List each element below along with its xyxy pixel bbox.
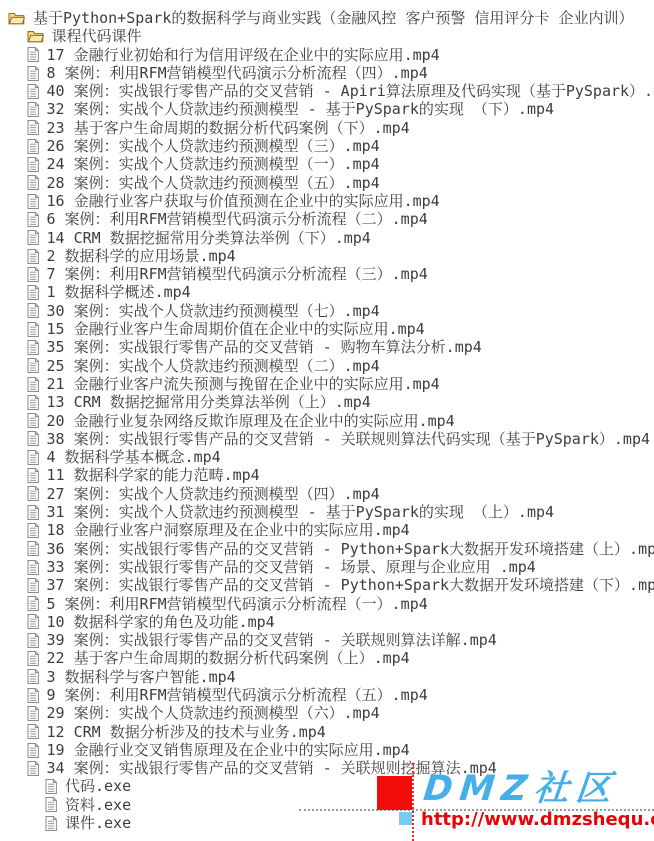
document-icon [27,706,39,721]
tree-row-folder[interactable]: 课程代码课件 [0,27,654,45]
document-icon [27,120,39,135]
tree-item-label: 36 案例：实战银行零售产品的交叉营销 - Python+Spark大数据开发环… [47,540,654,558]
tree-row-file[interactable]: 26 案例：实战个人贷款违约预测模型（三）.mp4 [0,137,654,155]
tree-item-label: 20 金融行业复杂网络反欺诈原理及在企业中的实际应用.mp4 [47,412,455,430]
tree-row-file[interactable]: 3 数据科学与客户智能.mp4 [0,668,654,686]
tree-item-label: 基于Python+Spark的数据科学与商业实践（金融风控 客户预警 信用评分卡… [33,9,633,27]
tree-row-file[interactable]: 20 金融行业复杂网络反欺诈原理及在企业中的实际应用.mp4 [0,412,654,430]
tree-item-label: 4 数据科学基本概念.mp4 [47,448,221,466]
tree-item-label: 23 基于客户生命周期的数据分析代码案例（下）.mp4 [47,119,410,137]
tree-item-label: 17 金融行业初始和行为信用评级在企业中的实际应用.mp4 [47,46,440,64]
document-icon [27,175,39,190]
tree-item-label: 7 案例：利用RFM营销模型代码演示分析流程（三）.mp4 [47,265,428,283]
document-icon [27,505,39,520]
tree-row-file[interactable]: 23 基于客户生命周期的数据分析代码案例（下）.mp4 [0,119,654,137]
tree-row-file[interactable]: 15 金融行业客户生命周期价值在企业中的实际应用.mp4 [0,320,654,338]
document-icon [27,66,39,81]
tree-item-label: 5 案例：利用RFM营销模型代码演示分析流程（一）.mp4 [47,595,428,613]
tree-item-label: 19 金融行业交叉销售原理及在企业中的实际应用.mp4 [47,741,410,759]
tree-item-label: 10 数据科学家的角色及功能.mp4 [47,613,275,631]
tree-row-file[interactable]: 5 案例：利用RFM营销模型代码演示分析流程（一）.mp4 [0,595,654,613]
document-icon [45,797,57,812]
tree-row-file[interactable]: 22 基于客户生命周期的数据分析代码案例（上）.mp4 [0,649,654,667]
document-icon [27,651,39,666]
tree-row-file[interactable]: 16 金融行业客户获取与价值预测在企业中的实际应用.mp4 [0,192,654,210]
document-icon [27,230,39,245]
tree-row-file[interactable]: 6 案例：利用RFM营销模型代码演示分析流程（二）.mp4 [0,210,654,228]
tree-row-folder[interactable]: 基于Python+Spark的数据科学与商业实践（金融风控 客户预警 信用评分卡… [0,9,654,27]
document-icon [27,212,39,227]
tree-item-label: 37 案例：实战银行零售产品的交叉营销 - Python+Spark大数据开发环… [47,576,654,594]
tree-item-label: 22 基于客户生命周期的数据分析代码案例（上）.mp4 [47,649,410,667]
document-icon [27,249,39,264]
tree-row-file[interactable]: 4 数据科学基本概念.mp4 [0,448,654,466]
tree-row-file[interactable]: 38 案例：实战银行零售产品的交叉营销 - 关联规则算法代码实现（基于PySpa… [0,430,654,448]
document-icon [27,743,39,758]
document-icon [27,413,39,428]
tree-row-file[interactable]: 10 数据科学家的角色及功能.mp4 [0,613,654,631]
tree-item-label: 21 金融行业客户流失预测与挽留在企业中的实际应用.mp4 [47,375,440,393]
tree-row-file[interactable]: 33 案例：实战银行零售产品的交叉营销 - 场景、原理与企业应用 .mp4 [0,558,654,576]
document-icon [27,102,39,117]
document-icon [27,157,39,172]
document-icon [27,468,39,483]
tree-row-file[interactable]: 31 案例：实战个人贷款违约预测模型 - 基于PySpark的实现 （上）.mp… [0,503,654,521]
folder-open-icon [8,11,25,25]
document-icon [27,285,39,300]
tree-row-file[interactable]: 19 金融行业交叉销售原理及在企业中的实际应用.mp4 [0,741,654,759]
tree-item-label: 38 案例：实战银行零售产品的交叉营销 - 关联规则算法代码实现（基于PySpa… [47,430,651,448]
watermark-brand-text: DMZ社区 [421,761,621,811]
document-icon [27,194,39,209]
document-icon [27,340,39,355]
folder-open-icon [27,29,44,43]
tree-item-label: 13 CRM 数据挖掘常用分类算法举例（上）.mp4 [47,393,371,411]
watermark-url-text: http://www.dmzshequ.com [421,809,654,830]
document-icon [45,779,57,794]
tree-row-file[interactable]: 21 金融行业客户流失预测与挽留在企业中的实际应用.mp4 [0,375,654,393]
tree-row-file[interactable]: 18 金融行业客户洞察原理及在企业中的实际应用.mp4 [0,521,654,539]
tree-item-label: 32 案例：实战个人贷款违约预测模型 - 基于PySpark的实现 （下）.mp… [47,100,555,118]
tree-item-label: 资料.exe [65,796,131,814]
tree-item-label: 35 案例：实战银行零售产品的交叉营销 - 购物车算法分析.mp4 [47,338,482,356]
document-icon [27,614,39,629]
tree-row-file[interactable]: 9 案例：利用RFM营销模型代码演示分析流程（五）.mp4 [0,686,654,704]
tree-item-label: 30 案例：实战个人贷款违约预测模型（七）.mp4 [47,302,380,320]
document-icon [27,267,39,282]
tree-row-file[interactable]: 29 案例：实战个人贷款违约预测模型（六）.mp4 [0,704,654,722]
tree-item-label: 1 数据科学概述.mp4 [47,283,191,301]
tree-row-file[interactable]: 36 案例：实战银行零售产品的交叉营销 - Python+Spark大数据开发环… [0,540,654,558]
tree-row-file[interactable]: 39 案例：实战银行零售产品的交叉营销 - 关联规则算法详解.mp4 [0,631,654,649]
tree-item-label: 9 案例：利用RFM营销模型代码演示分析流程（五）.mp4 [47,686,428,704]
tree-row-file[interactable]: 28 案例：实战个人贷款违约预测模型（五）.mp4 [0,174,654,192]
tree-row-file[interactable]: 1 数据科学概述.mp4 [0,283,654,301]
document-icon [27,761,39,776]
tree-row-file[interactable]: 25 案例：实战个人贷款违约预测模型（二）.mp4 [0,357,654,375]
tree-item-label: 14 CRM 数据挖掘常用分类算法举例（下）.mp4 [47,229,371,247]
tree-item-label: 12 CRM 数据分析涉及的技术与业务.mp4 [47,723,326,741]
tree-row-file[interactable]: 35 案例：实战银行零售产品的交叉营销 - 购物车算法分析.mp4 [0,338,654,356]
tree-row-file[interactable]: 27 案例：实战个人贷款违约预测模型（四）.mp4 [0,485,654,503]
document-icon [27,47,39,62]
tree-row-file[interactable]: 13 CRM 数据挖掘常用分类算法举例（上）.mp4 [0,393,654,411]
tree-row-file[interactable]: 14 CRM 数据挖掘常用分类算法举例（下）.mp4 [0,229,654,247]
tree-row-file[interactable]: 17 金融行业初始和行为信用评级在企业中的实际应用.mp4 [0,46,654,64]
tree-item-label: 6 案例：利用RFM营销模型代码演示分析流程（二）.mp4 [47,210,428,228]
tree-row-file[interactable]: 30 案例：实战个人贷款违约预测模型（七）.mp4 [0,302,654,320]
tree-item-label: 15 金融行业客户生命周期价值在企业中的实际应用.mp4 [47,320,425,338]
document-icon [27,358,39,373]
document-icon [27,541,39,556]
tree-item-label: 8 案例：利用RFM营销模型代码演示分析流程（四）.mp4 [47,64,428,82]
tree-item-label: 40 案例：实战银行零售产品的交叉营销 - Apiri算法原理及代码实现（基于P… [47,82,654,100]
document-icon [27,486,39,501]
tree-item-label: 课程代码课件 [52,27,142,45]
tree-item-label: 27 案例：实战个人贷款违约预测模型（四）.mp4 [47,485,380,503]
watermark-blue-square [399,812,412,825]
document-icon [45,816,57,831]
tree-row-file[interactable]: 8 案例：利用RFM营销模型代码演示分析流程（四）.mp4 [0,64,654,82]
document-icon [27,669,39,684]
tree-row-file[interactable]: 12 CRM 数据分析涉及的技术与业务.mp4 [0,723,654,741]
document-icon [27,377,39,392]
tree-item-label: 课件.exe [65,814,131,832]
tree-item-label: 11 数据科学家的能力范畴.mp4 [47,466,260,484]
document-icon [27,395,39,410]
tree-item-label: 代码.exe [65,777,131,795]
tree-item-label: 2 数据科学的应用场景.mp4 [47,247,236,265]
document-icon [27,322,39,337]
tree-item-label: 31 案例：实战个人贷款违约预测模型 - 基于PySpark的实现 （上）.mp… [47,503,555,521]
document-icon [27,139,39,154]
document-icon [27,596,39,611]
tree-item-label: 33 案例：实战银行零售产品的交叉营销 - 场景、原理与企业应用 .mp4 [47,558,536,576]
tree-row-file[interactable]: 32 案例：实战个人贷款违约预测模型 - 基于PySpark的实现 （下）.mp… [0,100,654,118]
document-icon [27,450,39,465]
document-icon [27,523,39,538]
document-icon [27,84,39,99]
document-icon [27,431,39,446]
document-icon [27,560,39,575]
tree-row-file[interactable]: 40 案例：实战银行零售产品的交叉营销 - Apiri算法原理及代码实现（基于P… [0,82,654,100]
tree-row-file[interactable]: 7 案例：利用RFM营销模型代码演示分析流程（三）.mp4 [0,265,654,283]
document-icon [27,633,39,648]
tree-item-label: 26 案例：实战个人贷款违约预测模型（三）.mp4 [47,137,380,155]
watermark-red-square [377,776,412,810]
tree-item-label: 25 案例：实战个人贷款违约预测模型（二）.mp4 [47,357,380,375]
tree-item-label: 16 金融行业客户获取与价值预测在企业中的实际应用.mp4 [47,192,440,210]
tree-item-label: 39 案例：实战银行零售产品的交叉营销 - 关联规则算法详解.mp4 [47,631,497,649]
tree-row-file[interactable]: 37 案例：实战银行零售产品的交叉营销 - Python+Spark大数据开发环… [0,576,654,594]
document-icon [27,724,39,739]
tree-item-label: 29 案例：实战个人贷款违约预测模型（六）.mp4 [47,704,380,722]
tree-item-label: 24 案例：实战个人贷款违约预测模型（一）.mp4 [47,155,380,173]
document-icon [27,303,39,318]
tree-item-label: 3 数据科学与客户智能.mp4 [47,668,236,686]
tree-item-label: 18 金融行业客户洞察原理及在企业中的实际应用.mp4 [47,521,410,539]
watermark-dotted-vline [412,763,414,841]
document-icon [27,578,39,593]
tree-row-file[interactable]: 2 数据科学的应用场景.mp4 [0,247,654,265]
file-tree: 基于Python+Spark的数据科学与商业实践（金融风控 客户预警 信用评分卡… [0,9,654,832]
tree-row-file[interactable]: 24 案例：实战个人贷款违约预测模型（一）.mp4 [0,155,654,173]
tree-row-file[interactable]: 11 数据科学家的能力范畴.mp4 [0,466,654,484]
tree-item-label: 28 案例：实战个人贷款违约预测模型（五）.mp4 [47,174,380,192]
document-icon [27,688,39,703]
